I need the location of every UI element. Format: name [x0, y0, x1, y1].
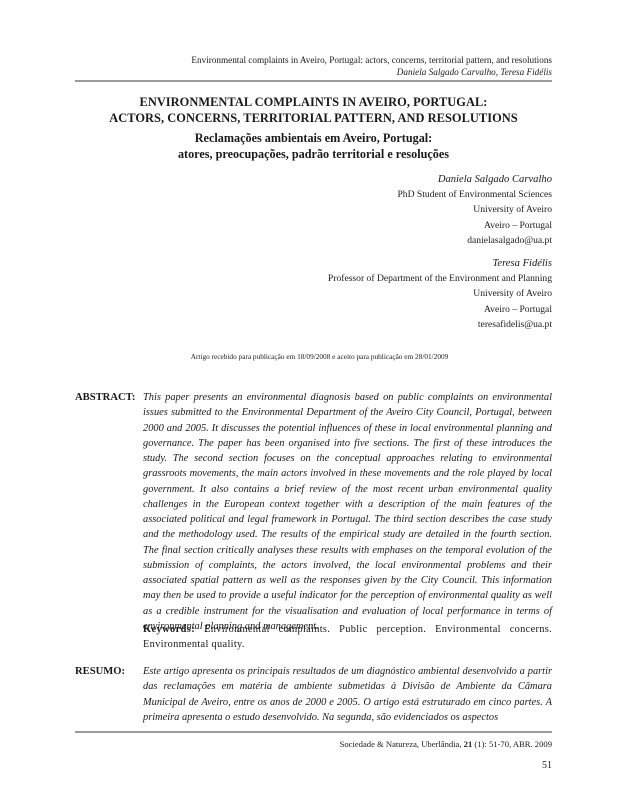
author-name: Teresa Fidélis	[328, 256, 552, 271]
subtitle-line-2: atores, preocupações, padrão territorial…	[75, 146, 552, 162]
journal-citation: Sociedade & Natureza, Uberlândia, 21 (1)…	[75, 738, 552, 750]
author-institution: University of Aveiro	[397, 202, 552, 217]
journal-name: Sociedade & Natureza, Uberlândia,	[340, 739, 464, 749]
keywords-text: Environmental complaints. Public percept…	[143, 624, 552, 650]
author-institution: University of Aveiro	[328, 286, 552, 301]
author-location: Aveiro – Portugal	[397, 218, 552, 233]
article-title: ENVIRONMENTAL COMPLAINTS IN AVEIRO, PORT…	[75, 94, 552, 126]
author-affiliation-1: Daniela Salgado Carvalho PhD Student of …	[397, 172, 552, 248]
running-head-authors: Daniela Salgado Carvalho, Teresa Fidélis	[75, 66, 552, 78]
article-subtitle: Reclamações ambientais em Aveiro, Portug…	[75, 130, 552, 162]
author-affiliation-2: Teresa Fidélis Professor of Department o…	[328, 256, 552, 332]
abstract-label: ABSTRACT:	[75, 390, 135, 405]
author-name: Daniela Salgado Carvalho	[397, 172, 552, 187]
running-head: Environmental complaints in Aveiro, Port…	[75, 54, 552, 78]
resumo-text: Este artigo apresenta os principais resu…	[143, 664, 552, 725]
abstract-text: This paper presents an environmental dia…	[143, 390, 552, 634]
author-position: PhD Student of Environmental Sciences	[397, 187, 552, 202]
header-rule	[75, 80, 552, 82]
author-location: Aveiro – Portugal	[328, 302, 552, 317]
subtitle-line-1: Reclamações ambientais em Aveiro, Portug…	[75, 130, 552, 146]
journal-volume: 21	[464, 739, 473, 749]
running-head-title: Environmental complaints in Aveiro, Port…	[75, 54, 552, 66]
author-position: Professor of Department of the Environme…	[328, 271, 552, 286]
resumo-label: RESUMO:	[75, 664, 125, 679]
page-number: 51	[75, 760, 552, 772]
keywords-label: Keywords:	[143, 624, 195, 635]
title-line-1: ENVIRONMENTAL COMPLAINTS IN AVEIRO, PORT…	[75, 94, 552, 110]
author-email: danielasalgado@ua.pt	[397, 233, 552, 248]
footer-rule	[75, 731, 552, 733]
received-note: Artigo recebido para publicação em 18/09…	[75, 352, 552, 362]
keywords: Keywords: Environmental complaints. Publ…	[143, 622, 552, 653]
journal-issue: (1): 51-70, ABR. 2009	[472, 739, 552, 749]
author-email: teresafidelis@ua.pt	[328, 317, 552, 332]
title-line-2: ACTORS, CONCERNS, TERRITORIAL PATTERN, A…	[75, 110, 552, 126]
